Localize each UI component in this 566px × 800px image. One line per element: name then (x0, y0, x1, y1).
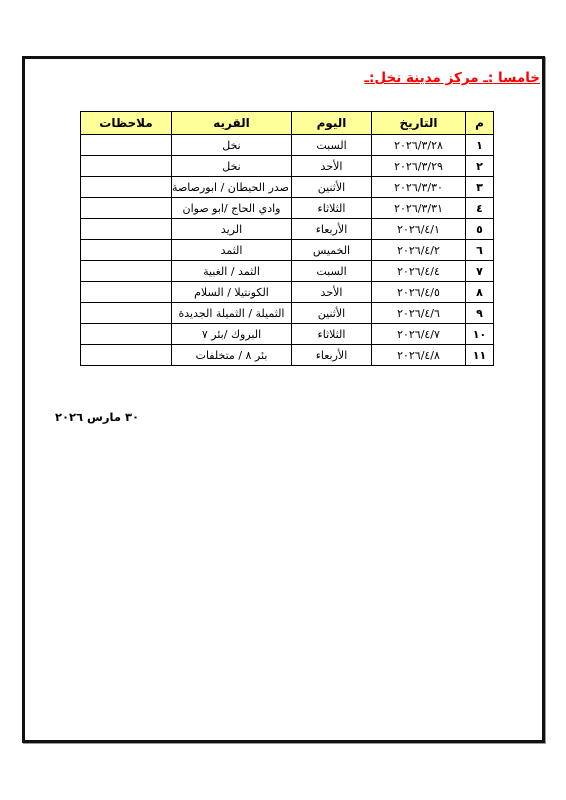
cell-date: ٢٠٢٦/٤/٤ (372, 261, 466, 282)
header-cell-number: م (466, 112, 494, 135)
cell-notes (81, 303, 172, 324)
cell-number: ٥ (466, 219, 494, 240)
cell-date: ٢٠٢٦/٣/٣١ (372, 198, 466, 219)
cell-date: ٢٠٢٦/٣/٢٩ (372, 156, 466, 177)
schedule-table-header: م التاريخ اليوم القريه ملاحظات (81, 112, 494, 135)
cell-day: الخميس (292, 240, 372, 261)
cell-notes (81, 240, 172, 261)
cell-date: ٢٠٢٦/٤/٨ (372, 345, 466, 366)
table-row: ٤ ٢٠٢٦/٣/٣١ الثلاثاء وادي الحاج /ابو صوا… (81, 198, 494, 219)
table-row: ٩ ٢٠٢٦/٤/٦ الأثنين الثميلة / الثميلة الج… (81, 303, 494, 324)
cell-date: ٢٠٢٦/٣/٣٠ (372, 177, 466, 198)
schedule-table: م التاريخ اليوم القريه ملاحظات ١ ٢٠٢٦/٣/… (80, 111, 494, 366)
cell-date: ٢٠٢٦/٤/١ (372, 219, 466, 240)
footer-date: ٣٠ مارس ٢٠٢٦ (46, 410, 148, 424)
cell-date: ٢٠٢٦/٤/٥ (372, 282, 466, 303)
cell-notes (81, 345, 172, 366)
table-row: ٦ ٢٠٢٦/٤/٢ الخميس الثمد (81, 240, 494, 261)
cell-village: الثميلة / الثميلة الجديدة (172, 303, 292, 324)
cell-number: ٦ (466, 240, 494, 261)
cell-day: السبت (292, 261, 372, 282)
document-page: خامسا :ـ مركز مدينة نخل:ـ م التاريخ اليو… (0, 0, 566, 800)
cell-notes (81, 282, 172, 303)
cell-number: ١ (466, 135, 494, 156)
table-row: ٧ ٢٠٢٦/٤/٤ السبت الثمد / الغبية (81, 261, 494, 282)
schedule-table-body: ١ ٢٠٢٦/٣/٢٨ السبت نخل ٢ ٢٠٢٦/٣/٢٩ الأحد … (81, 135, 494, 366)
cell-day: الثلاثاء (292, 198, 372, 219)
cell-number: ١٠ (466, 324, 494, 345)
cell-village: صدر الحيطان / ابورصاصة (172, 177, 292, 198)
cell-day: الثلاثاء (292, 324, 372, 345)
cell-day: الأثنين (292, 177, 372, 198)
cell-day: الأحد (292, 282, 372, 303)
table-row: ١ ٢٠٢٦/٣/٢٨ السبت نخل (81, 135, 494, 156)
cell-notes (81, 177, 172, 198)
cell-number: ٨ (466, 282, 494, 303)
cell-day: الأثنين (292, 303, 372, 324)
cell-number: ٢ (466, 156, 494, 177)
cell-village: الثمد (172, 240, 292, 261)
cell-date: ٢٠٢٦/٤/٧ (372, 324, 466, 345)
cell-number: ١١ (466, 345, 494, 366)
header-cell-date: التاريخ (372, 112, 466, 135)
table-row: ٥ ٢٠٢٦/٤/١ الأربعاء الريد (81, 219, 494, 240)
header-cell-notes: ملاحظات (81, 112, 172, 135)
cell-village: البروك /بئر ٧ (172, 324, 292, 345)
cell-number: ٣ (466, 177, 494, 198)
cell-number: ٧ (466, 261, 494, 282)
cell-village: بئر ٨ / متخلفات (172, 345, 292, 366)
cell-village: وادي الحاج /ابو صوان (172, 198, 292, 219)
cell-date: ٢٠٢٦/٤/٦ (372, 303, 466, 324)
table-row: ١١ ٢٠٢٦/٤/٨ الأربعاء بئر ٨ / متخلفات (81, 345, 494, 366)
cell-village: نخل (172, 135, 292, 156)
table-row: ٨ ٢٠٢٦/٤/٥ الأحد الكونتيلا / السلام (81, 282, 494, 303)
cell-notes (81, 219, 172, 240)
table-row: ٢ ٢٠٢٦/٣/٢٩ الأحد نخل (81, 156, 494, 177)
cell-village: الريد (172, 219, 292, 240)
cell-notes (81, 261, 172, 282)
cell-number: ٤ (466, 198, 494, 219)
cell-date: ٢٠٢٦/٤/٢ (372, 240, 466, 261)
cell-day: الأربعاء (292, 219, 372, 240)
cell-date: ٢٠٢٦/٣/٢٨ (372, 135, 466, 156)
cell-notes (81, 324, 172, 345)
cell-notes (81, 156, 172, 177)
cell-day: الأحد (292, 156, 372, 177)
cell-village: الكونتيلا / السلام (172, 282, 292, 303)
cell-notes (81, 135, 172, 156)
table-row: ١٠ ٢٠٢٦/٤/٧ الثلاثاء البروك /بئر ٧ (81, 324, 494, 345)
cell-village: الثمد / الغبية (172, 261, 292, 282)
table-row: ٣ ٢٠٢٦/٣/٣٠ الأثنين صدر الحيطان / ابورصا… (81, 177, 494, 198)
section-title: خامسا :ـ مركز مدينة نخل:ـ (364, 70, 540, 86)
cell-notes (81, 198, 172, 219)
cell-number: ٩ (466, 303, 494, 324)
header-cell-village: القريه (172, 112, 292, 135)
cell-village: نخل (172, 156, 292, 177)
cell-day: الأربعاء (292, 345, 372, 366)
header-row: م التاريخ اليوم القريه ملاحظات (81, 112, 494, 135)
cell-day: السبت (292, 135, 372, 156)
header-cell-day: اليوم (292, 112, 372, 135)
